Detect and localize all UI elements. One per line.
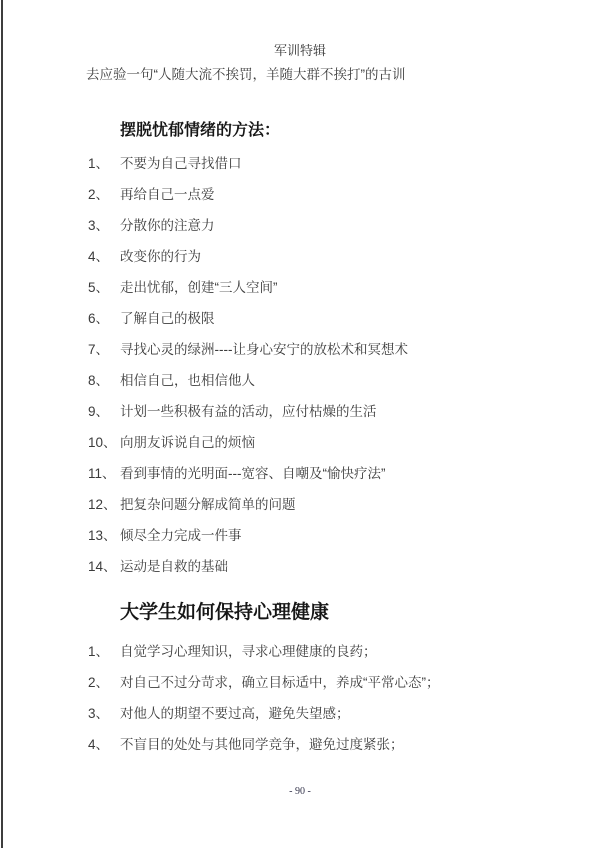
list-item: 4、改变你的行为 (88, 250, 600, 264)
list-item-text: 寻找心灵的绿洲----让身心安宁的放松术和冥想术 (120, 343, 408, 357)
list-item-text: 了解自己的极限 (120, 312, 215, 326)
list-item: 11、看到事情的光明面---宽容、自嘲及“愉快疗法” (88, 467, 600, 481)
list-item-number: 3、 (88, 219, 120, 233)
section1-heading: 摆脱忧郁情绪的方法： (120, 122, 600, 140)
list-item-number: 8、 (88, 374, 120, 388)
list-item: 1、自觉学习心理知识，寻求心理健康的良药； (88, 645, 600, 659)
list-item-text: 不要为自己寻找借口 (120, 157, 242, 171)
list-item-number: 3、 (88, 707, 120, 721)
list-item: 3、对他人的期望不要过高，避免失望感； (88, 707, 600, 721)
list-item-text: 分散你的注意力 (120, 219, 215, 233)
list-item: 13、倾尽全力完成一件事 (88, 529, 600, 543)
list-item-text: 对自己不过分苛求，确立目标适中，养成“平常心态”； (120, 676, 440, 690)
list-item-number: 1、 (88, 157, 120, 171)
list-item-text: 再给自己一点爱 (120, 188, 215, 202)
list-item: 4、不盲目的处处与其他同学竞争，避免过度紧张； (88, 738, 600, 752)
list-item-text: 看到事情的光明面---宽容、自嘲及“愉快疗法” (120, 467, 385, 481)
list-item: 2、对自己不过分苛求，确立目标适中，养成“平常心态”； (88, 676, 600, 690)
list-item-number: 13、 (88, 529, 120, 543)
list-item-text: 运动是自救的基础 (120, 560, 228, 574)
list-item-text: 相信自己，也相信他人 (120, 374, 255, 388)
list-item: 10、向朋友诉说自己的烦恼 (88, 436, 600, 450)
section2-heading: 大学生如何保持心理健康 (120, 602, 600, 624)
list-item: 2、再给自己一点爱 (88, 188, 600, 202)
page-left-edge-line (1, 0, 3, 848)
list-item: 3、分散你的注意力 (88, 219, 600, 233)
list-item-number: 2、 (88, 676, 120, 690)
list-item: 5、走出忧郁，创建“三人空间” (88, 281, 600, 295)
list-item-number: 4、 (88, 250, 120, 264)
list-item-number: 2、 (88, 188, 120, 202)
list-item-text: 自觉学习心理知识，寻求心理健康的良药； (120, 645, 377, 659)
list-item-text: 把复杂问题分解成简单的问题 (120, 498, 296, 512)
list-item-text: 改变你的行为 (120, 250, 201, 264)
list-item: 6、了解自己的极限 (88, 312, 600, 326)
list-item-text: 向朋友诉说自己的烦恼 (120, 436, 255, 450)
list-item-number: 11、 (88, 467, 120, 481)
page-number: - 90 - (0, 786, 600, 798)
list-item: 8、相信自己，也相信他人 (88, 374, 600, 388)
section2-list: 1、自觉学习心理知识，寻求心理健康的良药； 2、对自己不过分苛求，确立目标适中，… (0, 645, 600, 752)
document-page: 军训特辑 去应验一句“人随大流不挨罚，羊随大群不挨打”的古训 摆脱忧郁情绪的方法… (0, 0, 600, 848)
list-item: 14、运动是自救的基础 (88, 560, 600, 574)
list-item-number: 7、 (88, 343, 120, 357)
list-item-text: 计划一些积极有益的活动，应付枯燥的生活 (120, 405, 377, 419)
list-item-number: 10、 (88, 436, 120, 450)
intro-paragraph: 去应验一句“人随大流不挨罚，羊随大群不挨打”的古训 (86, 68, 600, 82)
list-item: 1、不要为自己寻找借口 (88, 157, 600, 171)
list-item-text: 对他人的期望不要过高，避免失望感； (120, 707, 350, 721)
list-item: 12、把复杂问题分解成简单的问题 (88, 498, 600, 512)
list-item-number: 5、 (88, 281, 120, 295)
section1-list: 1、不要为自己寻找借口 2、再给自己一点爱 3、分散你的注意力 4、改变你的行为… (0, 157, 600, 574)
list-item-number: 14、 (88, 560, 120, 574)
list-item-text: 不盲目的处处与其他同学竞争，避免过度紧张； (120, 738, 404, 752)
document-header-title: 军训特辑 (0, 44, 600, 58)
list-item: 7、寻找心灵的绿洲----让身心安宁的放松术和冥想术 (88, 343, 600, 357)
list-item-number: 12、 (88, 498, 120, 512)
list-item-text: 走出忧郁，创建“三人空间” (120, 281, 278, 295)
list-item-number: 4、 (88, 738, 120, 752)
list-item-text: 倾尽全力完成一件事 (120, 529, 242, 543)
list-item-number: 9、 (88, 405, 120, 419)
list-item-number: 6、 (88, 312, 120, 326)
list-item-number: 1、 (88, 645, 120, 659)
list-item: 9、计划一些积极有益的活动，应付枯燥的生活 (88, 405, 600, 419)
